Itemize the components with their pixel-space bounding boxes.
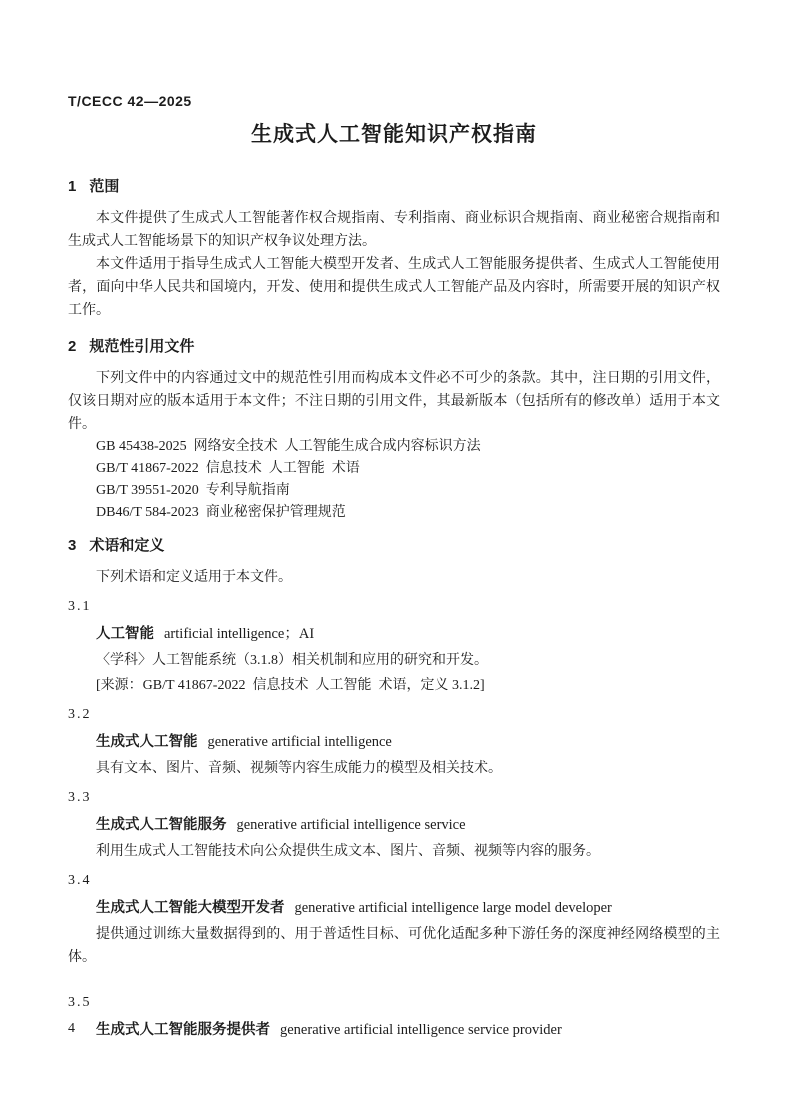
section-3-number: 3 [68, 537, 76, 554]
term-definition: 提供通过训练大量数据得到的、用于普适性目标、可优化适配多种下游任务的深度神经网络… [68, 923, 720, 969]
term-line: 生成式人工智能服务提供者generative artificial intell… [68, 1019, 720, 1041]
paragraph: 下列文件中的内容通过文中的规范性引用而构成本文件必不可少的条款。其中，注日期的引… [68, 367, 720, 436]
section-2-number: 2 [68, 338, 76, 355]
term-line: 生成式人工智能大模型开发者generative artificial intel… [68, 897, 720, 919]
clause-number: 3.3 [68, 786, 720, 809]
section-3-title: 术语和定义 [89, 537, 164, 554]
term-zh: 生成式人工智能服务 [96, 817, 227, 833]
term-en: generative artificial intelligence large… [295, 900, 612, 916]
section-1-heading: 1范围 [68, 177, 720, 197]
term-line: 生成式人工智能generative artificial intelligenc… [68, 731, 720, 753]
section-2-body: 下列文件中的内容通过文中的规范性引用而构成本文件必不可少的条款。其中，注日期的引… [68, 367, 720, 524]
paragraph: 下列术语和定义适用于本文件。 [68, 566, 720, 589]
term-definition: 具有文本、图片、音频、视频等内容生成能力的模型及相关技术。 [68, 757, 720, 780]
reference-item: DB46/T 584-2023 商业秘密保护管理规范 [68, 502, 720, 524]
paragraph: 本文件提供了生成式人工智能著作权合规指南、专利指南、商业标识合规指南、商业秘密合… [68, 207, 720, 253]
term-zh: 生成式人工智能服务提供者 [96, 1022, 270, 1038]
clause-3-1: 3.1 人工智能artificial intelligence；AI 〈学科〉人… [68, 595, 720, 697]
normative-references: GB 45438-2025 网络安全技术 人工智能生成合成内容标识方法 GB/T… [68, 436, 720, 524]
section-2-heading: 2规范性引用文件 [68, 337, 720, 357]
term-source: [来源：GB/T 41867-2022 信息技术 人工智能 术语，定义 3.1.… [68, 675, 720, 697]
page-number: 4 [68, 1020, 75, 1038]
clause-number: 3.5 [68, 991, 720, 1014]
clause-3-2: 3.2 生成式人工智能generative artificial intelli… [68, 703, 720, 780]
term-en: generative artificial intelligence servi… [237, 817, 466, 833]
doc-number: T/CECC 42—2025 [68, 92, 720, 110]
section-2-title: 规范性引用文件 [89, 338, 194, 355]
section-1-number: 1 [68, 178, 76, 195]
section-3-body: 下列术语和定义适用于本文件。 [68, 566, 720, 589]
paragraph: 本文件适用于指导生成式人工智能大模型开发者、生成式人工智能服务提供者、生成式人工… [68, 253, 720, 322]
clause-number: 3.2 [68, 703, 720, 726]
section-1-title: 范围 [89, 178, 119, 195]
clause-3-4: 3.4 生成式人工智能大模型开发者generative artificial i… [68, 869, 720, 969]
document-page: T/CECC 42—2025 生成式人工智能知识产权指南 1范围 本文件提供了生… [0, 0, 788, 1110]
term-zh: 人工智能 [96, 626, 154, 642]
term-en: generative artificial intelligence [208, 734, 392, 750]
reference-item: GB/T 41867-2022 信息技术 人工智能 术语 [68, 458, 720, 480]
term-definition: 利用生成式人工智能技术向公众提供生成文本、图片、音频、视频等内容的服务。 [68, 840, 720, 863]
section-1-body: 本文件提供了生成式人工智能著作权合规指南、专利指南、商业标识合规指南、商业秘密合… [68, 207, 720, 322]
page-title: 生成式人工智能知识产权指南 [68, 120, 720, 149]
term-definition: 〈学科〉人工智能系统（3.1.8）相关机制和应用的研究和开发。 [68, 649, 720, 672]
reference-item: GB/T 39551-2020 专利导航指南 [68, 480, 720, 502]
reference-item: GB 45438-2025 网络安全技术 人工智能生成合成内容标识方法 [68, 436, 720, 458]
section-3-heading: 3术语和定义 [68, 536, 720, 556]
clause-3-3: 3.3 生成式人工智能服务generative artificial intel… [68, 786, 720, 863]
term-en: generative artificial intelligence servi… [280, 1022, 562, 1038]
clause-number: 3.1 [68, 595, 720, 618]
term-line: 人工智能artificial intelligence；AI [68, 623, 720, 645]
term-zh: 生成式人工智能大模型开发者 [96, 900, 285, 916]
clause-3-5: 3.5 生成式人工智能服务提供者generative artificial in… [68, 991, 720, 1041]
term-en: artificial intelligence；AI [164, 626, 314, 642]
term-line: 生成式人工智能服务generative artificial intellige… [68, 814, 720, 836]
term-zh: 生成式人工智能 [96, 734, 198, 750]
clause-number: 3.4 [68, 869, 720, 892]
